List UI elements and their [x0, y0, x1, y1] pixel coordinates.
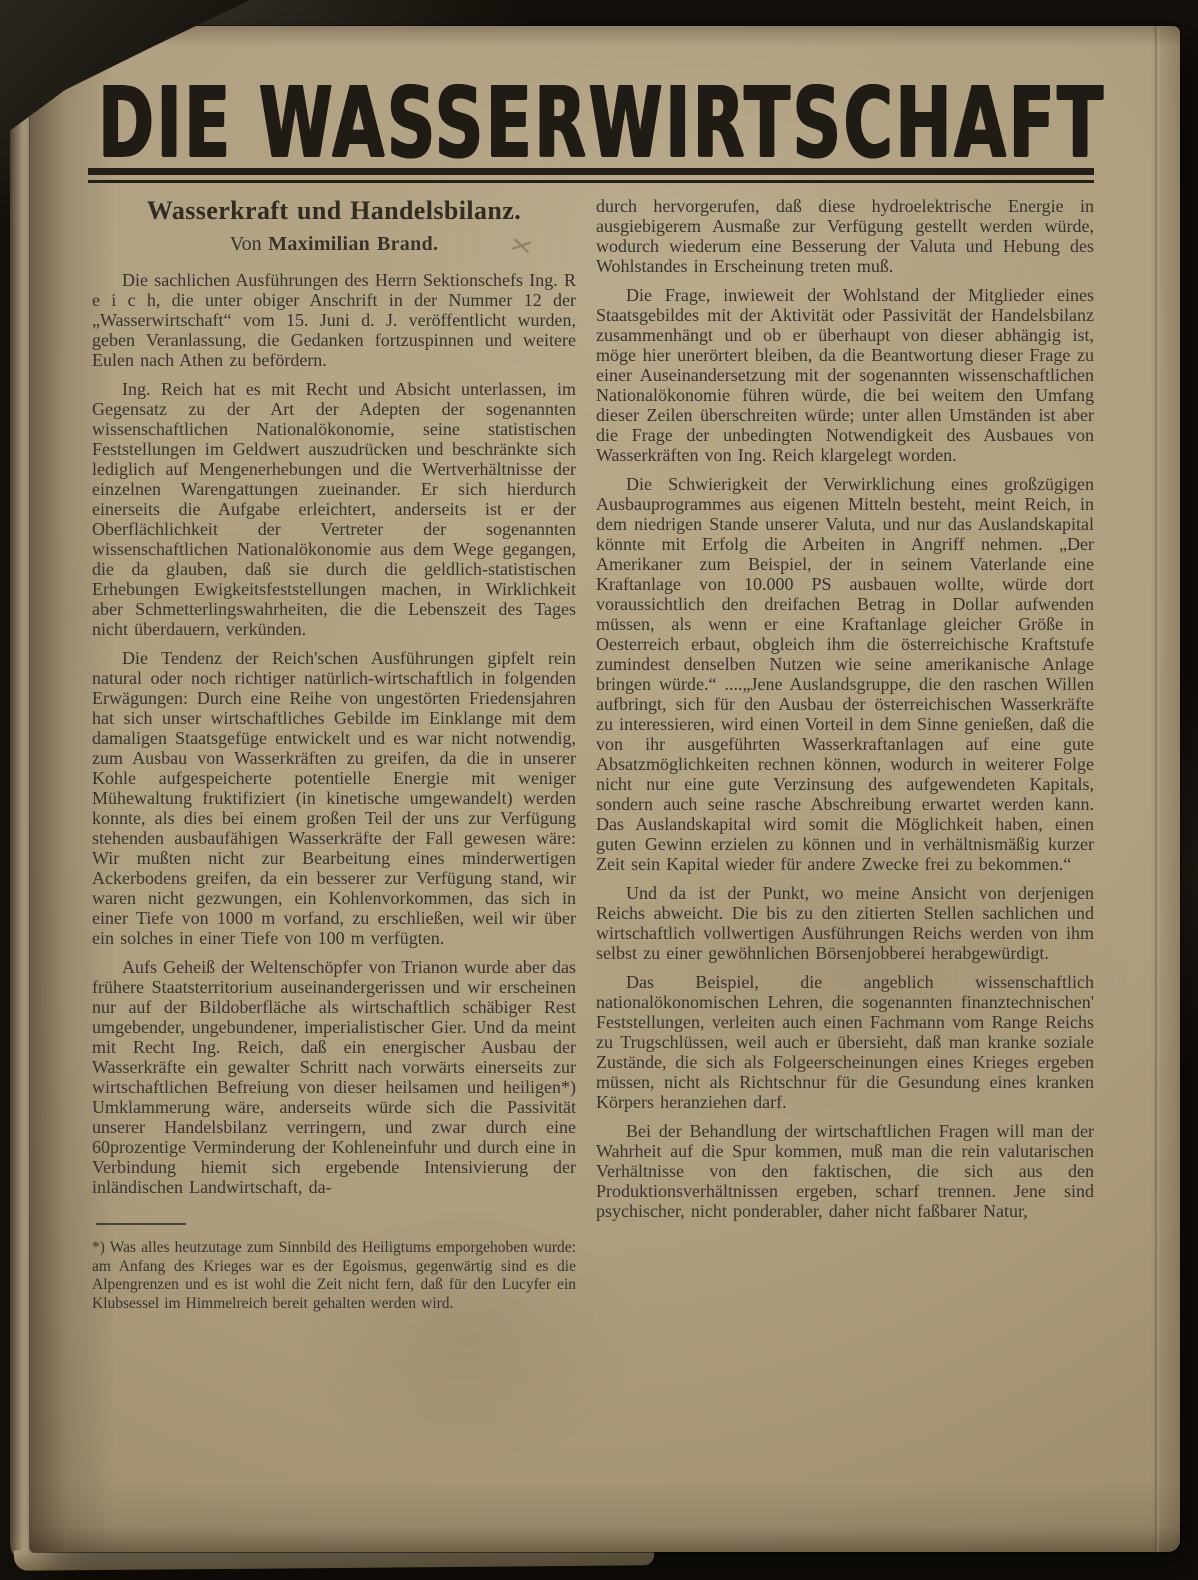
journal-page: DIE WASSERWIRTSCHAFT Wasserkraft und Han…: [30, 26, 1180, 1552]
byline-prefix: Von: [230, 233, 262, 255]
paragraph: durch hervorgerufen, daß diese hydroelek…: [596, 196, 1094, 276]
article-byline: Von Maximilian Brand. ✕: [92, 232, 576, 256]
paragraph: Ing. Reich hat es mit Recht und Absicht …: [92, 379, 576, 639]
left-column: Wasserkraft und Handelsbilanz. Von Maxim…: [92, 196, 576, 1322]
masthead-rule: [88, 168, 1094, 183]
paragraph: Bei der Behandlung der wirtschaftlichen …: [596, 1121, 1094, 1221]
paragraph: Die Schwierigkeit der Verwirklichung ein…: [596, 474, 1094, 874]
page-fold-line: [1155, 26, 1159, 1552]
paragraph: Die sachlichen Ausführungen des Herrn Se…: [92, 270, 576, 370]
footnote-rule: [96, 1223, 186, 1225]
book-photo: DIE WASSERWIRTSCHAFT Wasserkraft und Han…: [0, 0, 1198, 1580]
paragraph: Das Beispiel, die angeblich wissenschaft…: [596, 972, 1094, 1112]
article-body: Wasserkraft und Handelsbilanz. Von Maxim…: [92, 196, 1094, 1322]
paragraph: Die Tendenz der Reich'schen Ausführungen…: [92, 648, 576, 948]
byline-author: Maximilian Brand.: [268, 233, 438, 255]
pencil-mark-icon: ✕: [506, 231, 537, 260]
paragraph: Und da ist der Punkt, wo meine Ansicht v…: [596, 883, 1094, 963]
right-column: durch hervorgerufen, daß diese hydroelek…: [596, 196, 1094, 1322]
footnote-text: *) Was alles heutzutage zum Sinnbild des…: [92, 1239, 576, 1313]
masthead-title: DIE WASSERWIRTSCHAFT: [98, 74, 1105, 171]
article-title: Wasserkraft und Handelsbilanz.: [92, 196, 576, 226]
masthead: DIE WASSERWIRTSCHAFT: [98, 74, 1198, 171]
paragraph: Die Frage, inwieweit der Wohlstand der M…: [596, 285, 1094, 465]
paragraph: Aufs Geheiß der Weltenschöpfer von Trian…: [92, 957, 576, 1197]
